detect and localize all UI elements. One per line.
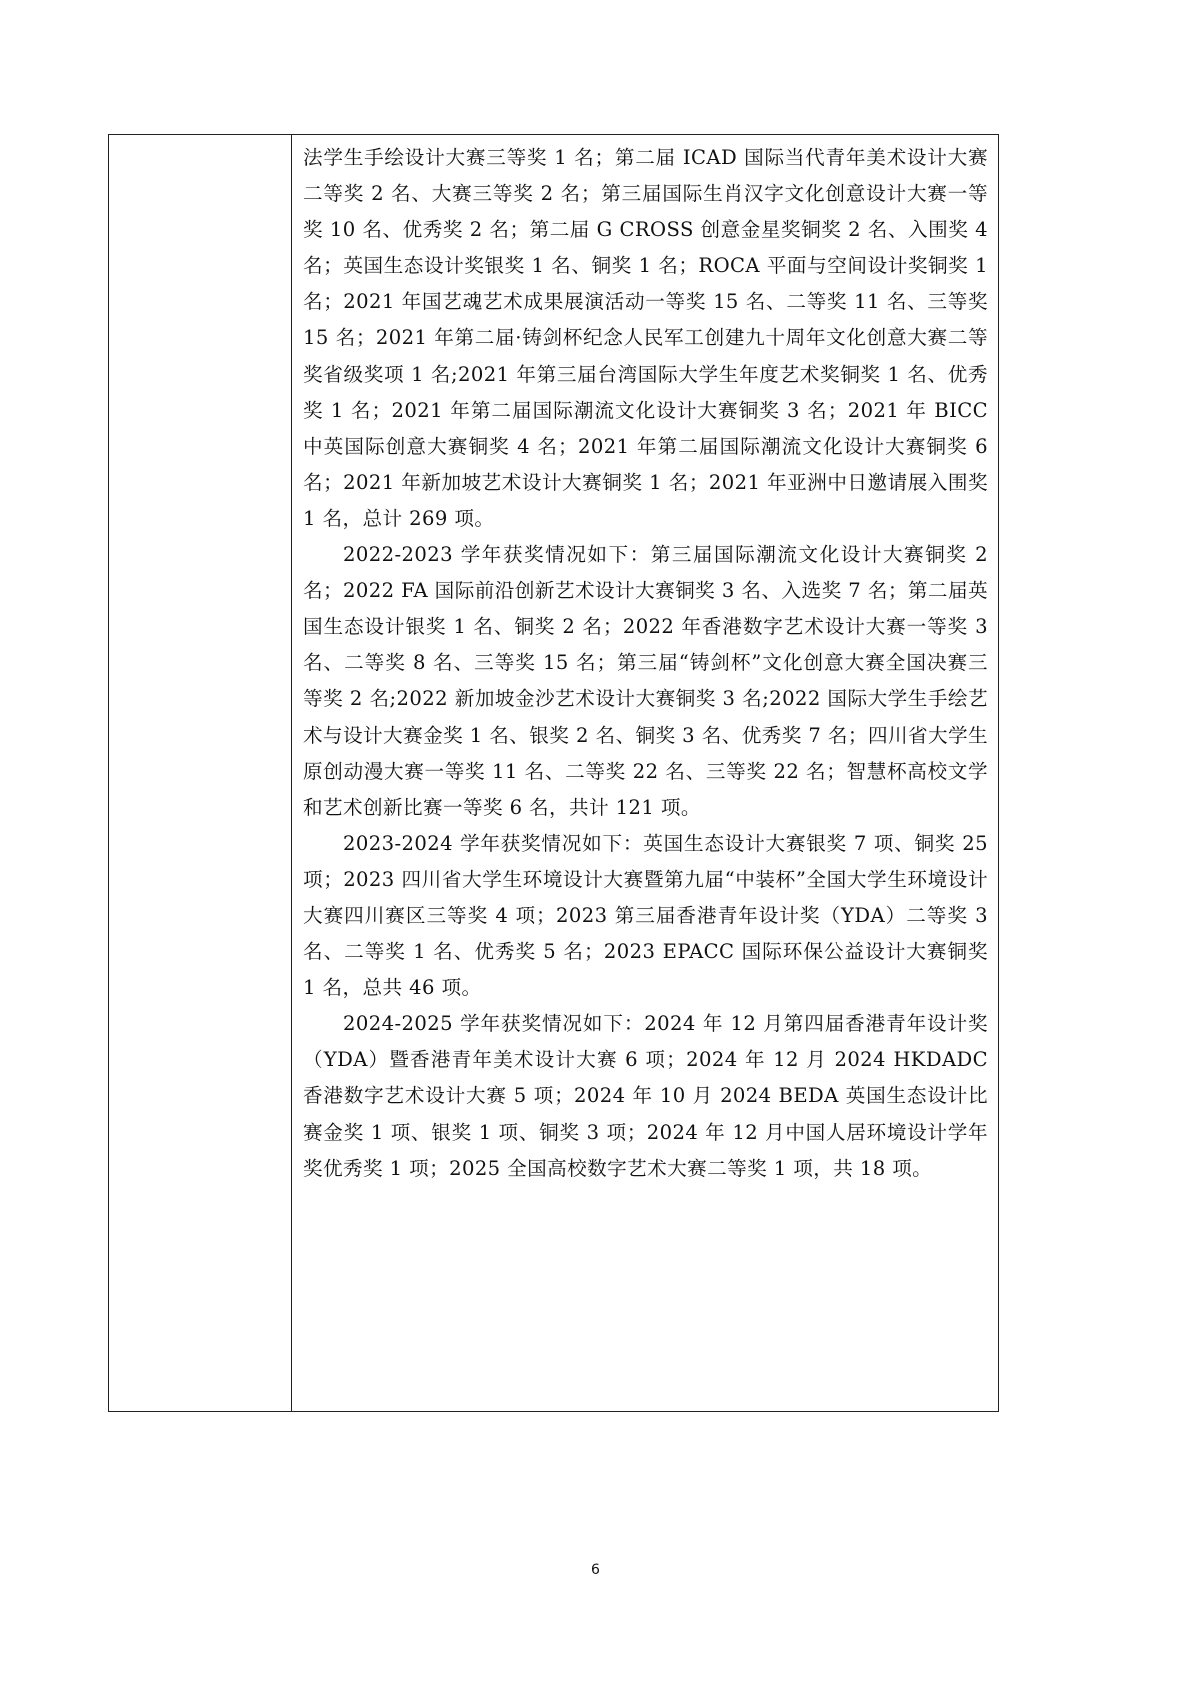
table-content-cell: 法学生手绘设计大赛三等奖 1 名；第二届 ICAD 国际当代青年美术设计大赛二等… xyxy=(292,135,998,1411)
paragraph-2021-awards: 法学生手绘设计大赛三等奖 1 名；第二届 ICAD 国际当代青年美术设计大赛二等… xyxy=(303,135,988,537)
awards-table: 法学生手绘设计大赛三等奖 1 名；第二届 ICAD 国际当代青年美术设计大赛二等… xyxy=(108,134,999,1412)
page-number: 6 xyxy=(0,1562,1191,1578)
table-label-cell xyxy=(109,135,292,1411)
paragraph-2023-2024-awards: 2023-2024 学年获奖情况如下：英国生态设计大赛银奖 7 项、铜奖 25 … xyxy=(303,826,988,1006)
paragraph-2024-2025-awards: 2024-2025 学年获奖情况如下：2024 年 12 月第四届香港青年设计奖… xyxy=(303,1006,988,1186)
paragraph-2022-2023-awards: 2022-2023 学年获奖情况如下：第三届国际潮流文化设计大赛铜奖 2 名；2… xyxy=(303,537,988,826)
